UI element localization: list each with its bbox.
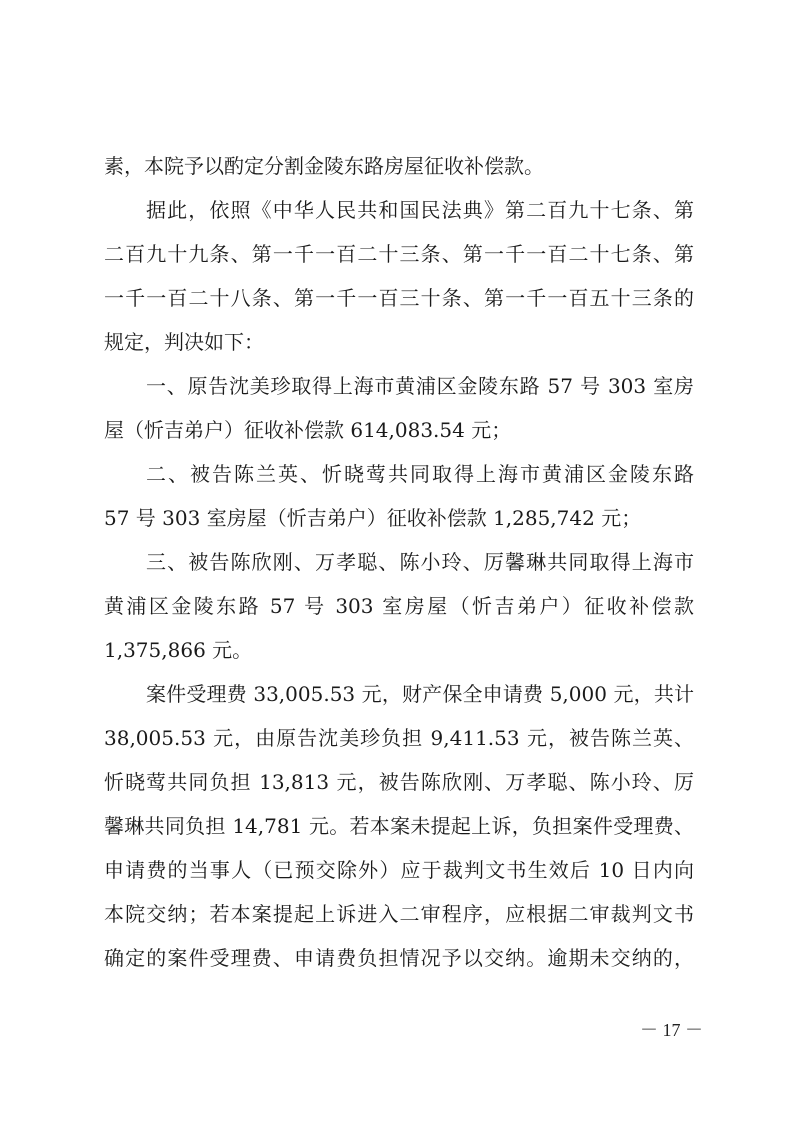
text-line-2: 据此，依照《中华人民共和国民法典》第二百九十七条、第 bbox=[146, 196, 694, 224]
page-number: － 17 － bbox=[640, 1016, 703, 1042]
text-line-19: 确定的案件受理费、申请费负担情况予以交纳。逾期未交纳的， bbox=[104, 944, 694, 972]
document-page: 素，本院予以酌定分割金陵东路房屋征收补偿款。 据此，依照《中华人民共和国民法典》… bbox=[0, 0, 800, 1131]
text-line-7: 屋（忻吉弟户）征收补偿款 614,083.54 元； bbox=[104, 416, 694, 444]
text-line-18: 本院交纳；若本案提起上诉进入二审程序，应根据二审裁判文书 bbox=[104, 900, 694, 928]
text-line-5: 规定，判决如下： bbox=[104, 328, 694, 356]
text-line-11: 黄浦区金陵东路 57 号 303 室房屋（忻吉弟户）征收补偿款 bbox=[104, 592, 694, 620]
text-line-9: 57 号 303 室房屋（忻吉弟户）征收补偿款 1,285,742 元； bbox=[104, 504, 694, 532]
text-line-1: 素，本院予以酌定分割金陵东路房屋征收补偿款。 bbox=[104, 152, 694, 180]
text-line-8: 二、被告陈兰英、忻晓莺共同取得上海市黄浦区金陵东路 bbox=[146, 460, 694, 488]
text-line-10: 三、被告陈欣刚、万孝聪、陈小玲、厉馨琳共同取得上海市 bbox=[146, 548, 694, 576]
text-line-15: 忻晓莺共同负担 13,813 元，被告陈欣刚、万孝聪、陈小玲、厉 bbox=[104, 768, 694, 796]
text-line-16: 馨琳共同负担 14,781 元。若本案未提起上诉，负担案件受理费、 bbox=[104, 812, 694, 840]
text-line-13: 案件受理费 33,005.53 元，财产保全申请费 5,000 元，共计 bbox=[146, 680, 694, 708]
text-line-14: 38,005.53 元，由原告沈美珍负担 9,411.53 元，被告陈兰英、 bbox=[104, 724, 694, 752]
text-line-4: 一千一百二十八条、第一千一百三十条、第一千一百五十三条的 bbox=[104, 284, 694, 312]
text-line-17: 申请费的当事人（已预交除外）应于裁判文书生效后 10 日内向 bbox=[104, 856, 694, 884]
text-line-6: 一、原告沈美珍取得上海市黄浦区金陵东路 57 号 303 室房 bbox=[146, 372, 694, 400]
text-line-12: 1,375,866 元。 bbox=[104, 636, 694, 664]
text-line-3: 二百九十九条、第一千一百二十三条、第一千一百二十七条、第 bbox=[104, 240, 694, 268]
